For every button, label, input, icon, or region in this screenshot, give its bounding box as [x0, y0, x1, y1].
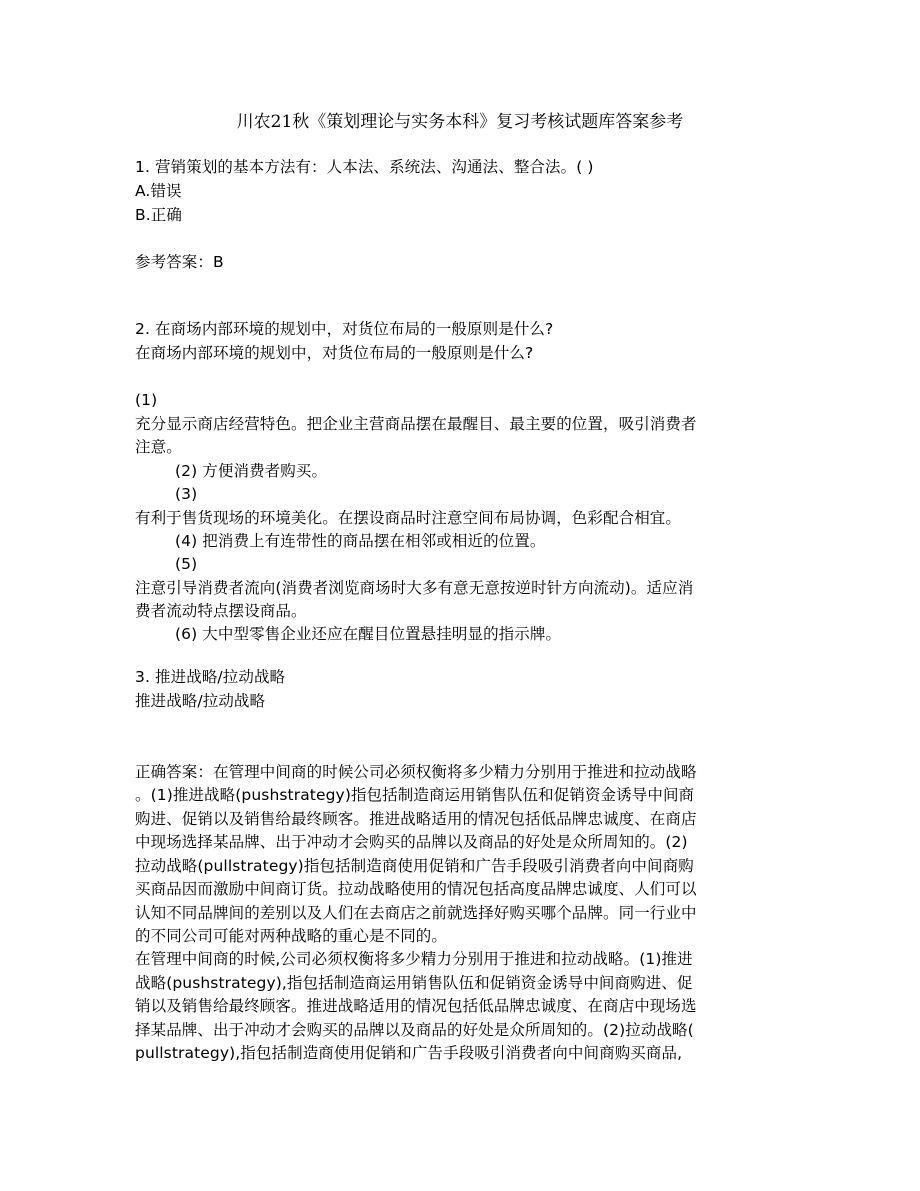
- q2-answer-line: 注意。: [135, 435, 795, 459]
- q2-answer-line: 充分显示商店经营特色。把企业主营商品摆在最醒目、最主要的位置，吸引消费者: [135, 412, 795, 436]
- q3-answer-line: 正确答案：在管理中间商的时候公司必须权衡将多少精力分别用于推进和拉动战略: [135, 760, 795, 784]
- q3-answer-line: 拉动战略(pullstrategy)指包括制造商使用促销和广告手段吸引消费者向中…: [135, 854, 795, 878]
- q3-question: 3. 推进战略/拉动战略: [135, 665, 795, 689]
- q3-answer-line: 的不同公司可能对两种战略的重心是不同的。: [135, 924, 795, 948]
- document-title: 川农21秋《策划理论与实务本科》复习考核试题库答案参考: [0, 110, 920, 134]
- q3-answer-line: 销以及销售给最终顾客。推进战略适用的情况包括低品牌忠诚度、在商店中现场选: [135, 994, 795, 1018]
- document-page: 川农21秋《策划理论与实务本科》复习考核试题库答案参考 1. 营销策划的基本方法…: [0, 0, 920, 1191]
- q2-answer-line: 有利于售货现场的环境美化。在摆设商品时注意空间布局协调，色彩配合相宜。: [135, 506, 795, 530]
- q2-answer-line: 注意引导消费者流向(消费者浏览商场时大多有意无意按逆时针方向流动)。适应消: [135, 576, 795, 600]
- q3-answer-line: 战略(pushstrategy),指包括制造商运用销售队伍和促销资金诱导中间商购…: [135, 971, 795, 995]
- q3-answer-line: 中现场选择某品牌、出于冲动才会购买的品牌以及商品的好处是众所周知的。(2): [135, 830, 795, 854]
- q2-restated: 在商场内部环境的规划中，对货位布局的一般原则是什么?: [135, 341, 795, 365]
- q1-option-a: A.错误: [135, 179, 795, 203]
- q2-answer-line: (5): [175, 552, 835, 576]
- q2-answer-line: (1): [135, 388, 795, 412]
- q2-question: 2. 在商场内部环境的规划中，对货位布局的一般原则是什么?: [135, 317, 795, 341]
- q3-answer-line: 认知不同品牌间的差别以及人们在去商店之前就选择好购买哪个品牌。同一行业中: [135, 901, 795, 925]
- q2-answer-line: (3): [175, 482, 835, 506]
- q3-answer-line: 购进、促销以及销售给最终顾客。推进战略适用的情况包括低品牌忠诚度、在商店: [135, 807, 795, 831]
- q2-answer-line: (2) 方便消费者购买。: [175, 459, 835, 483]
- q3-answer-line: 择某品牌、出于冲动才会购买的品牌以及商品的好处是众所周知的。(2)拉动战略(: [135, 1018, 795, 1042]
- q3-answer-line: pullstrategy),指包括制造商使用促销和广告手段吸引消费者向中间商购买…: [135, 1041, 795, 1065]
- q3-answer-line: 买商品因而激励中间商订货。拉动战略使用的情况包括高度品牌忠诚度、人们可以: [135, 877, 795, 901]
- q3-answer-line: 在管理中间商的时候,公司必须权衡将多少精力分别用于推进和拉动战略。(1)推进: [135, 947, 795, 971]
- q3-answer-line: 。(1)推进战略(pushstrategy)指包括制造商运用销售队伍和促销资金诱…: [135, 783, 795, 807]
- q2-answer-line: 费者流动特点摆设商品。: [135, 599, 795, 623]
- q1-answer: 参考答案：B: [135, 250, 795, 274]
- q2-answer-line: (4) 把消费上有连带性的商品摆在相邻或相近的位置。: [175, 529, 835, 553]
- q2-answer-line: (6) 大中型零售企业还应在醒目位置悬挂明显的指示牌。: [175, 622, 835, 646]
- q1-option-b: B.正确: [135, 203, 795, 227]
- q3-restated: 推进战略/拉动战略: [135, 689, 795, 713]
- q1-question: 1. 营销策划的基本方法有：人本法、系统法、沟通法、整合法。( ): [135, 155, 795, 179]
